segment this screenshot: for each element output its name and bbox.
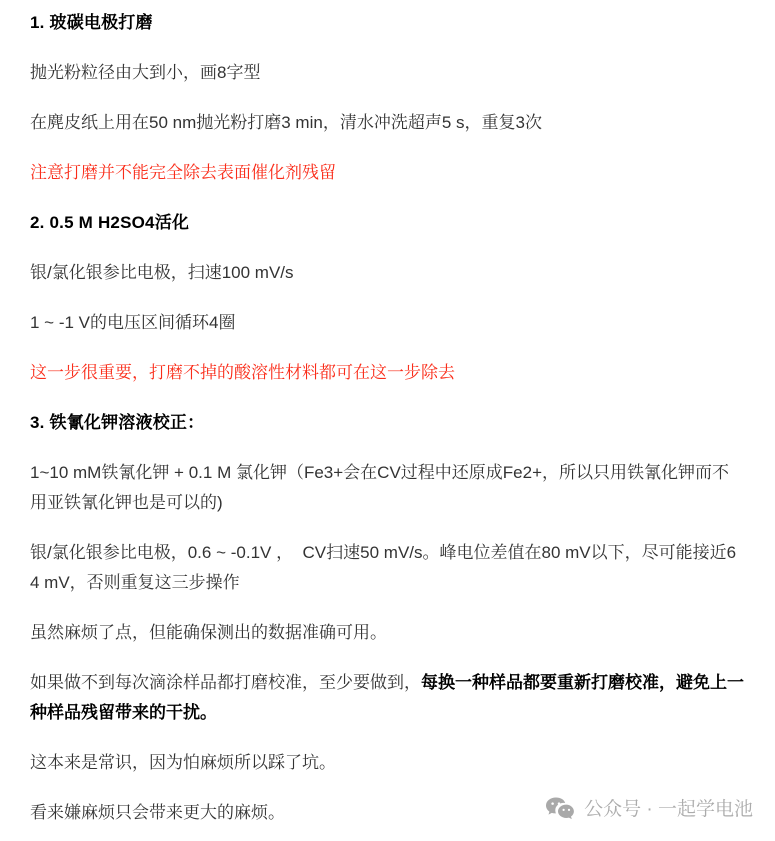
paragraph: 在麂皮纸上用在50 nm抛光粉打磨3 min，清水冲洗超声5 s，重复3次 bbox=[30, 108, 745, 138]
section-heading-3: 3. 铁氰化钾溶液校正： bbox=[30, 408, 745, 438]
paragraph: 1 ~ -1 V的电压区间循环4圈 bbox=[30, 308, 745, 338]
wechat-icon bbox=[545, 796, 575, 824]
paragraph-normal-run: 如果做不到每次滴涂样品都打磨校准，至少要做到， bbox=[30, 673, 421, 692]
warning-text: 注意打磨并不能完全除去表面催化剂残留 bbox=[30, 158, 745, 188]
paragraph: 抛光粉粒径由大到小，画8字型 bbox=[30, 58, 745, 88]
section-heading-2: 2. 0.5 M H2SO4活化 bbox=[30, 208, 745, 238]
warning-text: 这一步很重要，打磨不掉的酸溶性材料都可在这一步除去 bbox=[30, 358, 745, 388]
paragraph-with-bold: 如果做不到每次滴涂样品都打磨校准，至少要做到，每换一种样品都要重新打磨校准，避免… bbox=[30, 668, 745, 728]
paragraph: 这本来是常识，因为怕麻烦所以踩了坑。 bbox=[30, 748, 745, 778]
paragraph: 银/氯化银参比电极，0.6 ~ -0.1V ， CV扫速50 mV/s。峰电位差… bbox=[30, 538, 745, 598]
paragraph: 银/氯化银参比电极，扫速100 mV/s bbox=[30, 258, 745, 288]
account-watermark-text: 公众号 · 一起学电池 bbox=[584, 796, 753, 824]
account-watermark: 公众号 · 一起学电池 bbox=[545, 796, 753, 824]
article-page: 1. 玻碳电极打磨 抛光粉粒径由大到小，画8字型 在麂皮纸上用在50 nm抛光粉… bbox=[0, 0, 775, 841]
section-heading-1: 1. 玻碳电极打磨 bbox=[30, 8, 745, 38]
paragraph: 1~10 mM铁氰化钾 + 0.1 M 氯化钾（Fe3+会在CV过程中还原成Fe… bbox=[30, 458, 745, 518]
paragraph: 虽然麻烦了点，但能确保测出的数据准确可用。 bbox=[30, 618, 745, 648]
